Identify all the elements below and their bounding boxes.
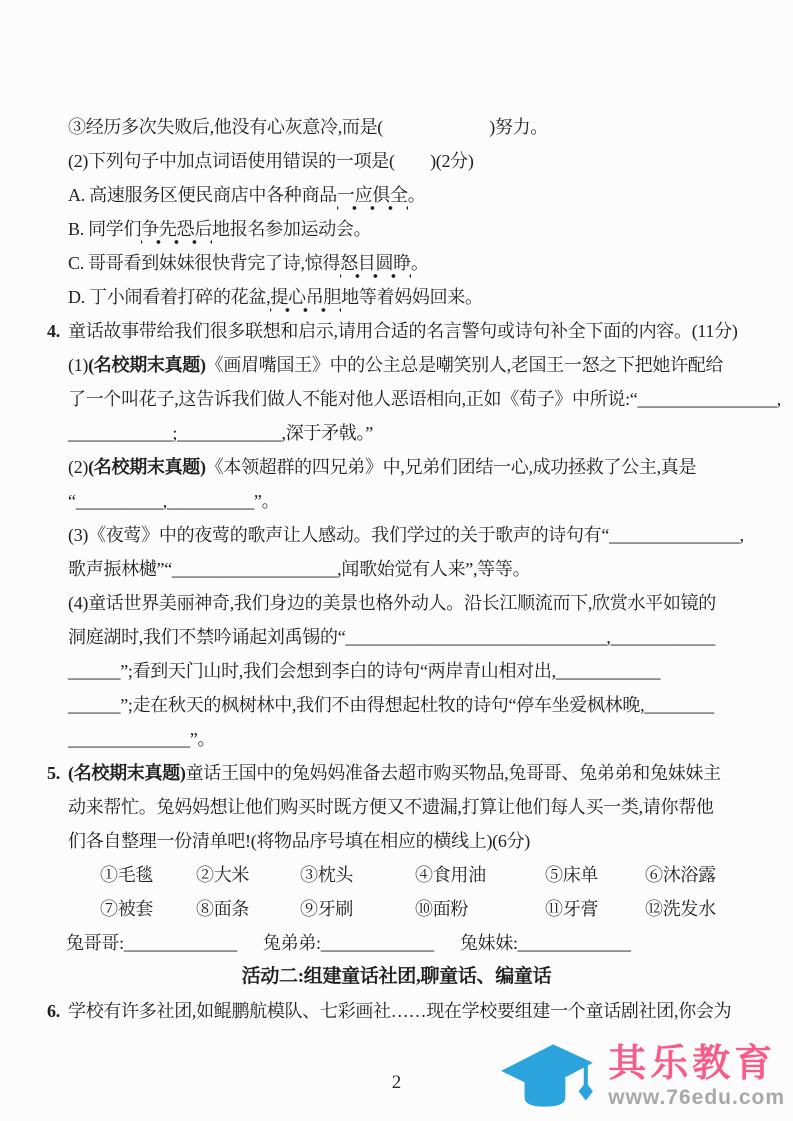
option-a-emphasized-word: 一应俱全: [337, 185, 408, 211]
q4-sub2-line1: (2)(名校期末真题)《本领超群的四兄弟》中,兄弟们团结一心,成功拯救了公主,真…: [0, 450, 793, 484]
rabbit-brother-label: 兔哥哥:: [66, 933, 124, 953]
goods-list-row1: ①毛毯 ②大米 ③枕头 ④食用油 ⑤床单 ⑥沐浴露: [0, 858, 793, 892]
goods-item: ⑨牙刷: [300, 892, 415, 926]
q4-stem-text: 童话故事带给我们很多联想和启示,请用合适的名言警句或诗句补全下面的内容。(11分…: [68, 321, 738, 341]
q4-sub3-line2: 歌声振林樾”“___________________,闻歌始觉有人来”,等等。: [0, 552, 793, 586]
option-b-text: B. 同学们: [68, 219, 141, 239]
option-d-text: D. 丁小闹看着打碎的花盆,: [68, 287, 270, 307]
rabbit-younger-brother-answer: 兔弟弟:_____________: [263, 926, 434, 960]
answer-blank: _____________: [518, 933, 631, 953]
q5-stem: 5.(名校期末真题)童话王国中的兔妈妈准备去超市购买物品,兔哥哥、兔弟弟和兔妹妹…: [0, 756, 793, 790]
option-a: A. 高速服务区便民商店中各种商品一应俱全。: [0, 178, 793, 212]
q4-sub4-line5: ______________”。: [0, 722, 793, 756]
rabbit-sister-label: 兔妹妹:: [460, 933, 518, 953]
q4-number: 4.: [47, 314, 68, 348]
option-d-tail: 地等着妈妈回来。: [341, 287, 483, 307]
goods-item: ①毛毯: [100, 858, 196, 892]
exam-source-tag: (名校期末真题): [88, 355, 206, 375]
publisher-website: www.76edu.com: [608, 1086, 785, 1110]
option-c: C. 哥哥看到妹妹很快背完了诗,惊得怒目圆睁。: [0, 246, 793, 280]
answer-blanks-row: 兔哥哥:_____________ 兔弟弟:_____________ 兔妹妹:…: [0, 926, 793, 960]
q5-number: 5.: [47, 756, 68, 790]
q5-line3: 们各自整理一份清单吧!(将物品序号填在相应的横线上)(6分): [0, 824, 793, 858]
goods-item: ⑥沐浴露: [645, 858, 793, 892]
q4-sub1-index: (1): [68, 355, 88, 375]
q4-stem: 4.童话故事带给我们很多联想和启示,请用合适的名言警句或诗句补全下面的内容。(1…: [0, 314, 793, 348]
option-b: B. 同学们争先恐后地报名参加运动会。: [0, 212, 793, 246]
q4-sub2-line2: “__________,__________”。: [0, 484, 793, 518]
graduation-cap-icon: [498, 1037, 596, 1115]
q4-sub2-index: (2): [68, 457, 88, 477]
goods-item: ⑪牙膏: [545, 892, 645, 926]
q4-sub2-text: 《本领超群的四兄弟》中,兄弟们团结一心,成功拯救了公主,真是: [206, 457, 697, 477]
option-d: D. 丁小闹看着打碎的花盆,提心吊胆地等着妈妈回来。: [0, 280, 793, 314]
q6-number: 6.: [47, 994, 68, 1028]
q4-sub4-line3: ______”;看到天门山时,我们会想到李白的诗句“两岸青山相对出,______…: [0, 654, 793, 688]
exam-source-tag: (名校期末真题): [68, 763, 186, 783]
goods-item: ②大米: [196, 858, 300, 892]
goods-item: ⑧面条: [196, 892, 300, 926]
goods-list-row2: ⑦被套 ⑧面条 ⑨牙刷 ⑩面粉 ⑪牙膏 ⑫洗发水: [0, 892, 793, 926]
goods-item: ⑫洗发水: [645, 892, 793, 926]
option-b-tail: 地报名参加运动会。: [212, 219, 371, 239]
q6-stem: 6.学校有许多社团,如鲲鹏航模队、七彩画社……现在学校要组建一个童话剧社团,你会…: [0, 994, 793, 1028]
answer-blank: _____________: [124, 933, 237, 953]
document-body: ③经历多次失败后,他没有心灰意冷,而是( )努力。 (2)下列句子中加点词语使用…: [0, 110, 793, 1028]
q4-sub4-line4: ______”;走在秋天的枫树林中,我们不由得想起杜牧的诗句“停车坐爱枫林晚,_…: [0, 688, 793, 722]
publisher-logo: 其乐教育 www.76edu.com: [498, 1037, 785, 1115]
goods-item: ④食用油: [415, 858, 545, 892]
option-d-emphasized-word: 提心吊胆: [270, 287, 341, 313]
publisher-logo-text: 其乐教育 www.76edu.com: [608, 1043, 785, 1110]
option-c-tail: 。: [411, 253, 429, 273]
q4-sub4-line2: 洞庭湖时,我们不禁吟诵起刘禹锡的“_______________________…: [0, 620, 793, 654]
exam-source-tag: (名校期末真题): [88, 457, 206, 477]
q5-line2: 动来帮忙。兔妈妈想让他们购买时既方便又不遗漏,打算让他们每人买一类,请你帮他: [0, 790, 793, 824]
option-a-text: A. 高速服务区便民商店中各种商品: [68, 185, 337, 205]
rabbit-younger-brother-label: 兔弟弟:: [263, 933, 321, 953]
q4-sub1-line2: 了一个叫花子,这告诉我们做人不能对他人恶语相向,正如《荀子》中所说:“_____…: [0, 382, 793, 416]
q4-sub1-text: 《画眉嘴国王》中的公主总是嘲笑别人,老国王一怒之下把她许配给: [206, 355, 724, 375]
q4-sub3-line1: (3)《夜莺》中的夜莺的歌声让人感动。我们学过的关于歌声的诗句有“_______…: [0, 518, 793, 552]
q5-stem-text: 童话王国中的兔妈妈准备去超市购买物品,兔哥哥、兔弟弟和兔妹妹主: [186, 763, 721, 783]
publisher-name: 其乐教育: [608, 1043, 776, 1085]
exam-page: ③经历多次失败后,他没有心灰意冷,而是( )努力。 (2)下列句子中加点词语使用…: [0, 0, 793, 1121]
rabbit-brother-answer: 兔哥哥:_____________: [66, 926, 237, 960]
option-c-emphasized-word: 怒目圆睁: [340, 253, 411, 279]
goods-item: ⑩面粉: [415, 892, 545, 926]
q4-sub1-line1: (1)(名校期末真题)《画眉嘴国王》中的公主总是嘲笑别人,老国王一怒之下把她许配…: [0, 348, 793, 382]
option-b-emphasized-word: 争先恐后: [141, 219, 212, 245]
goods-item: ⑤床单: [545, 858, 645, 892]
answer-blank: _____________: [321, 933, 434, 953]
option-c-text: C. 哥哥看到妹妹很快背完了诗,惊得: [68, 253, 340, 273]
q3-item3-line: ③经历多次失败后,他没有心灰意冷,而是( )努力。: [0, 110, 793, 144]
q4-sub4-line1: (4)童话世界美丽神奇,我们身边的美景也格外动人。沿长江顺流而下,欣赏水平如镜的: [0, 586, 793, 620]
goods-item: ③枕头: [300, 858, 415, 892]
q4-sub1-line3: ____________;____________,深于矛戟。”: [0, 416, 793, 450]
activity2-heading: 活动二:组建童话社团,聊童话、编童话: [0, 960, 793, 994]
q6-stem-text: 学校有许多社团,如鲲鹏航模队、七彩画社……现在学校要组建一个童话剧社团,你会为: [68, 1001, 731, 1021]
goods-item: ⑦被套: [100, 892, 196, 926]
q3-sub2-prompt: (2)下列句子中加点词语使用错误的一项是( )(2分): [0, 144, 793, 178]
option-a-tail: 。: [408, 185, 426, 205]
rabbit-sister-answer: 兔妹妹:_____________: [460, 926, 631, 960]
